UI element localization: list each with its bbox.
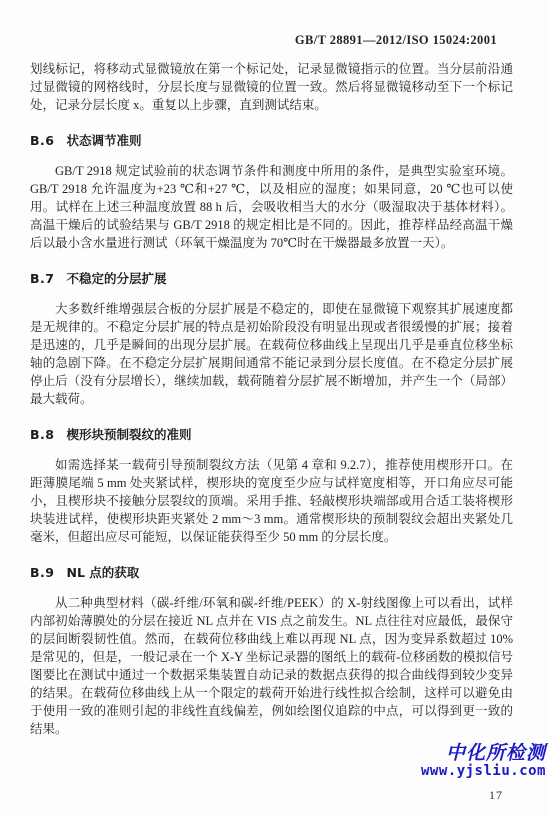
section-b8-paragraph: 如需选择某一载荷引导预制裂纹方法（见第 4 章和 9.2.7），推荐使用楔形开口… [30, 456, 513, 546]
standard-code-header: GB/T 28891—2012/ISO 15024:2001 [30, 33, 497, 48]
watermark: 中化所检测 www.yjsliu.com [421, 744, 546, 779]
section-number: B.7 [30, 270, 54, 287]
page-number: 17 [489, 788, 503, 803]
section-number: B.6 [30, 132, 54, 149]
document-page: GB/T 28891—2012/ISO 15024:2001 划线标记，将移动式… [0, 0, 549, 815]
watermark-logo: 中化所检测 [421, 744, 546, 764]
section-b8-heading: B.8 楔形块预制裂纹的准则 [30, 426, 513, 443]
section-number: B.9 [30, 564, 54, 581]
watermark-url: www.yjsliu.com [421, 764, 546, 779]
section-b9: B.9 NL 点的获取 从二种典型材料（碳-纤维/环氧和碳-纤维/PEEK）的 … [30, 564, 513, 738]
section-b6: B.6 状态调节准则 GB/T 2918 规定试验前的状态调节条件和测度中所用的… [30, 132, 513, 252]
page-content: GB/T 28891—2012/ISO 15024:2001 划线标记，将移动式… [0, 0, 549, 738]
intro-paragraph: 划线标记，将移动式显微镜放在第一个标记处，记录显微镜指示的位置。当分层前沿通过显… [30, 60, 513, 114]
section-title: 楔形块预制裂纹的准则 [66, 426, 191, 443]
section-b9-paragraph: 从二种典型材料（碳-纤维/环氧和碳-纤维/PEEK）的 X-射线图像上可以看出，… [30, 594, 513, 738]
section-b6-heading: B.6 状态调节准则 [30, 132, 513, 149]
section-b7: B.7 不稳定的分层扩展 大多数纤维增强层合板的分层扩展是不稳定的，即使在显微镜… [30, 270, 513, 408]
section-b7-paragraph: 大多数纤维增强层合板的分层扩展是不稳定的，即使在显微镜下观察其扩展速度都是无规律… [30, 300, 513, 408]
section-title: 状态调节准则 [66, 132, 141, 149]
section-title: 不稳定的分层扩展 [66, 270, 166, 287]
section-b9-heading: B.9 NL 点的获取 [30, 564, 513, 581]
section-title: NL 点的获取 [66, 564, 139, 581]
section-b8: B.8 楔形块预制裂纹的准则 如需选择某一载荷引导预制裂纹方法（见第 4 章和 … [30, 426, 513, 546]
section-b7-heading: B.7 不稳定的分层扩展 [30, 270, 513, 287]
section-b6-paragraph: GB/T 2918 规定试验前的状态调节条件和测度中所用的条件，是典型实验室环境… [30, 162, 513, 252]
section-number: B.8 [30, 426, 54, 443]
